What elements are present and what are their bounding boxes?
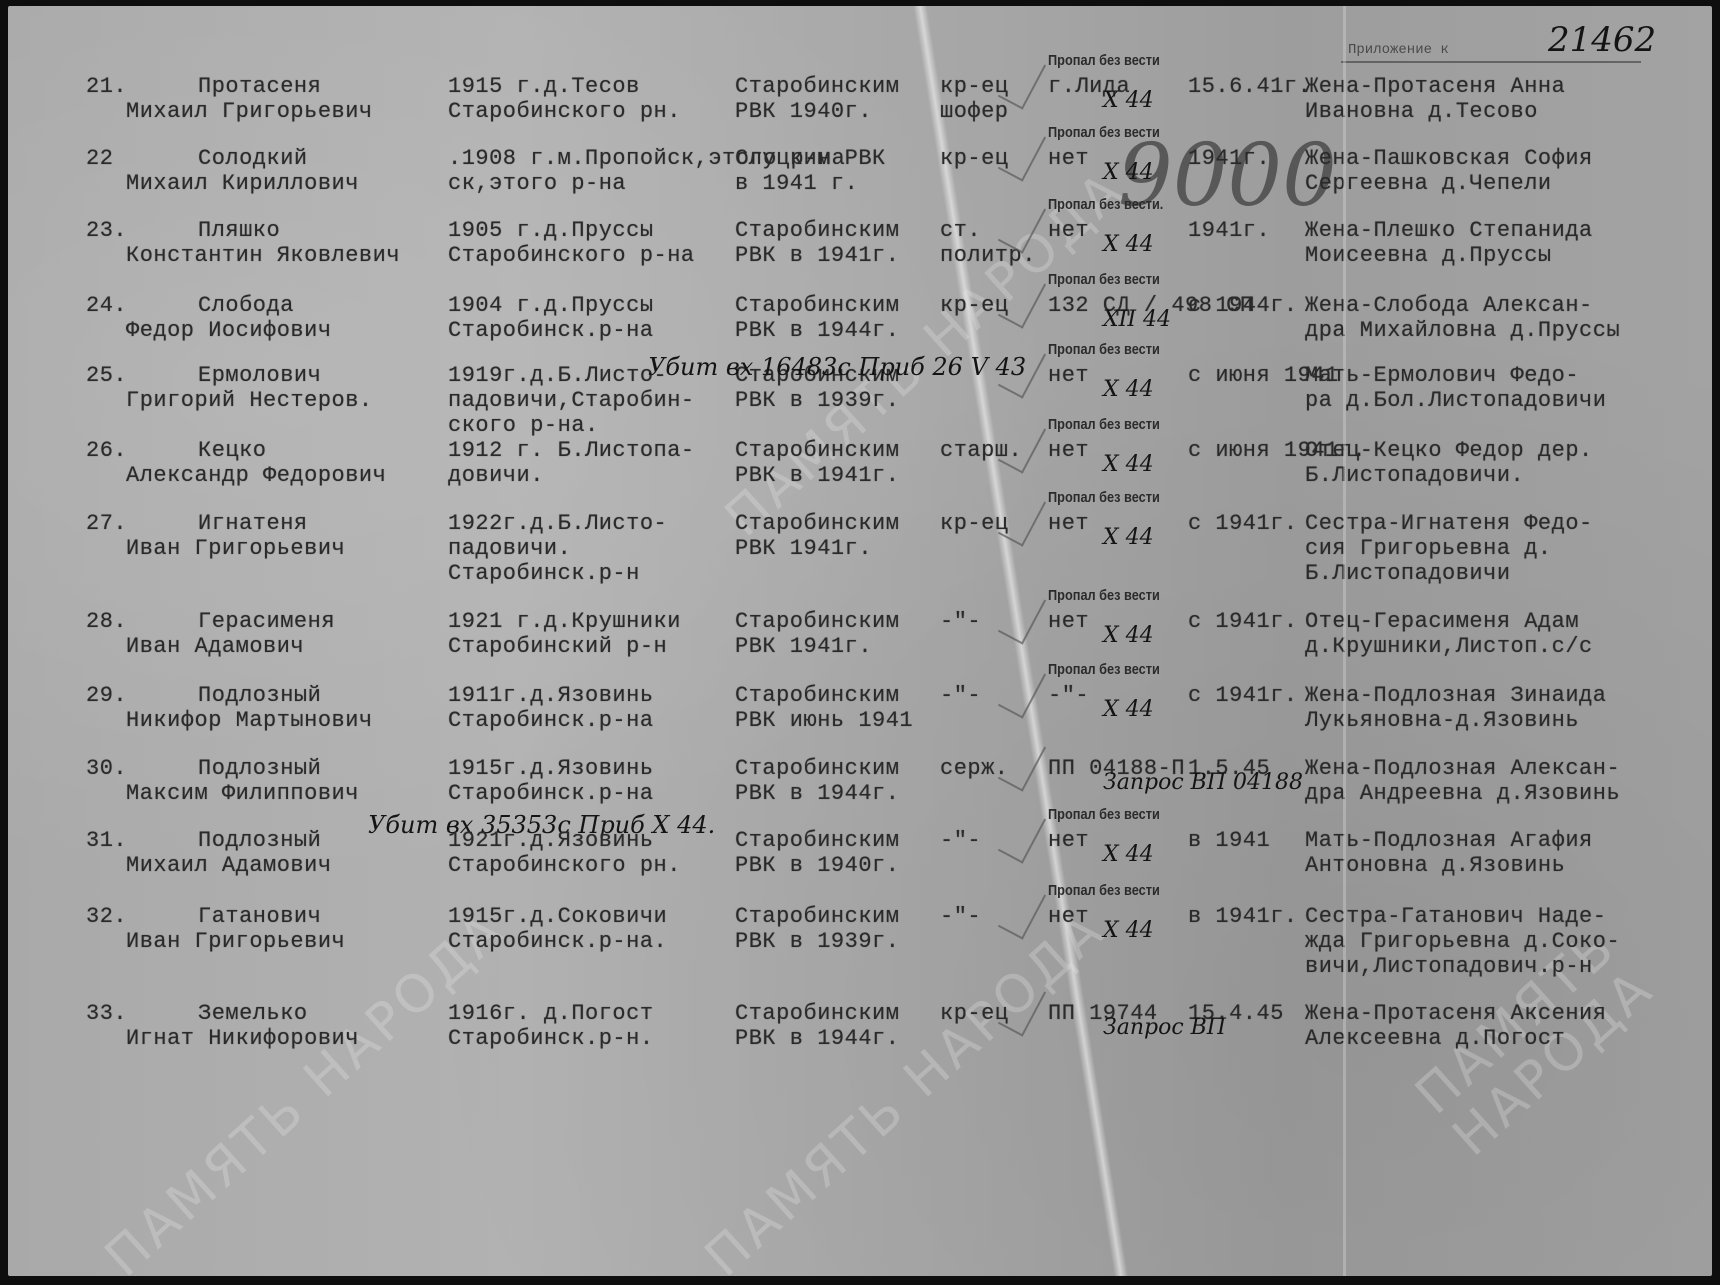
- entry-next-of-kin: Ивановна д.Тесово: [1305, 99, 1538, 124]
- entry-surname: Подлозный: [198, 683, 321, 708]
- entry-given-name: Иван Григорьевич: [126, 536, 345, 561]
- status-stamp: Пропал без вести: [1048, 661, 1160, 678]
- entry-birth-info: ск,этого р-на: [448, 171, 626, 196]
- entry-next-of-kin: дра Михайловна д.Пруссы: [1305, 318, 1620, 343]
- checkmark-icon: [998, 587, 1046, 644]
- entry-unit: нет: [1048, 828, 1089, 853]
- status-stamp: Пропал без вести: [1048, 489, 1160, 506]
- entry-rank: шофер: [940, 99, 1009, 124]
- entry-draft-office: РВК в 1944г.: [735, 318, 899, 343]
- checkmark-icon: [998, 734, 1046, 791]
- handwritten-mark: X 44: [1103, 88, 1154, 113]
- entry-rank: -"-: [940, 904, 981, 929]
- entry-surname: Герасименя: [198, 609, 335, 634]
- checkmark-icon: [998, 661, 1046, 718]
- checkmark-icon: [998, 979, 1046, 1036]
- entry-birth-info: 1921г.д.Язовинь: [448, 828, 654, 853]
- handwritten-mark: X 44: [1103, 697, 1154, 722]
- entry-draft-office: РВК в 1944г.: [735, 781, 899, 806]
- entry-birth-info: 1912 г. Б.Листопа-: [448, 438, 695, 463]
- entry-next-of-kin: Мать-Подлозная Агафия: [1305, 828, 1593, 853]
- entry-unit: -"-: [1048, 683, 1089, 708]
- handwritten-mark: X 44: [1103, 160, 1154, 185]
- entry-number: 28.: [86, 609, 127, 634]
- entry-surname: Протасеня: [198, 74, 321, 99]
- entry-rank: -"-: [940, 609, 981, 634]
- handwritten-mark: Запрос ВП: [1103, 1015, 1226, 1040]
- archival-document-page: ПАМЯТЬ НАРОДА ПАМЯТЬ НАРОДА ПАМЯТЬ НАРОД…: [8, 6, 1712, 1276]
- entry-draft-office: РВК 1941г.: [735, 634, 872, 659]
- entry-number: 24.: [86, 293, 127, 318]
- entry-unit: нет: [1048, 218, 1089, 243]
- entry-birth-info: падовичи.: [448, 536, 571, 561]
- entry-number: 22: [86, 146, 113, 171]
- entry-draft-office: Старобинским: [735, 293, 899, 318]
- entry-draft-office: Старобинским: [735, 74, 899, 99]
- entry-date: с 1941г.: [1188, 511, 1298, 536]
- entry-rank: -"-: [940, 828, 981, 853]
- handwritten-mark: X 44: [1103, 452, 1154, 477]
- status-stamp: Пропал без вести: [1048, 416, 1160, 433]
- entry-surname: Ермолович: [198, 363, 321, 388]
- entry-birth-info: Старобинск.р-н: [448, 561, 640, 586]
- entry-given-name: Константин Яковлевич: [126, 243, 400, 268]
- entry-next-of-kin: Жена-Плешко Степанида: [1305, 218, 1593, 243]
- entry-draft-office: РВК в 1941г.: [735, 243, 899, 268]
- status-stamp: Пропал без вести: [1048, 271, 1160, 288]
- entry-number: 32.: [86, 904, 127, 929]
- checkmark-icon: [998, 416, 1046, 473]
- entry-draft-office: РВК в 1939г.: [735, 388, 899, 413]
- entry-next-of-kin: Антоновна д.Язовинь: [1305, 853, 1565, 878]
- entry-next-of-kin: д.Крушники,Листоп.с/с: [1305, 634, 1593, 659]
- entry-number: 26.: [86, 438, 127, 463]
- entry-draft-office: РВК в 1940г.: [735, 853, 899, 878]
- entry-birth-info: Старобинск.р-на: [448, 708, 654, 733]
- header-label: Приложение к: [1348, 42, 1449, 58]
- watermark: ПАМЯТЬ НАРОДА: [695, 901, 1115, 1285]
- handwritten-mark: XII 44: [1103, 307, 1171, 332]
- entry-next-of-kin: Б.Листопадовичи.: [1305, 463, 1524, 488]
- entry-draft-office: в 1941 г.: [735, 171, 858, 196]
- entry-given-name: Михаил Григорьевич: [126, 99, 373, 124]
- entry-birth-info: Старобинского р-на: [448, 243, 695, 268]
- entry-next-of-kin: сия Григорьевна д.: [1305, 536, 1552, 561]
- entry-next-of-kin: Сергеевна д.Чепели: [1305, 171, 1552, 196]
- status-stamp: Пропал без вести: [1048, 52, 1160, 69]
- status-stamp: Пропал без вести: [1048, 341, 1160, 358]
- entry-birth-info: 1921 г.д.Крушники: [448, 609, 681, 634]
- entry-surname: Земелько: [198, 1001, 308, 1026]
- entry-birth-info: Старобинск.р-на.: [448, 929, 667, 954]
- entry-surname: Подлозный: [198, 756, 321, 781]
- entry-given-name: Григорий Нестеров.: [126, 388, 373, 413]
- entry-unit: нет: [1048, 438, 1089, 463]
- entry-birth-info: 1915г.д.Соковичи: [448, 904, 667, 929]
- entry-given-name: Максим Филиппович: [126, 781, 359, 806]
- entry-draft-office: Старобинским: [735, 609, 899, 634]
- entry-draft-office: РВК в 1941г.: [735, 463, 899, 488]
- entry-next-of-kin: Отец-Герасименя Адам: [1305, 609, 1579, 634]
- status-stamp: Пропал без вести: [1048, 882, 1160, 899]
- margin-note: Убит вх 16483с Приб 26 V 43: [648, 353, 1026, 381]
- entry-surname: Солодкий: [198, 146, 308, 171]
- checkmark-icon: [998, 489, 1046, 546]
- entry-date: с 1941г.: [1188, 683, 1298, 708]
- entry-number: 29.: [86, 683, 127, 708]
- handwritten-mark: X 44: [1103, 918, 1154, 943]
- entry-next-of-kin: Жена-Слобода Алексан-: [1305, 293, 1593, 318]
- entry-given-name: Александр Федорович: [126, 463, 386, 488]
- entry-date: с 1944г.: [1188, 293, 1298, 318]
- status-stamp: Пропал без вести: [1048, 587, 1160, 604]
- entry-surname: Подлозный: [198, 828, 321, 853]
- checkmark-icon: [998, 124, 1046, 181]
- entry-next-of-kin: Б.Листопадовичи: [1305, 561, 1511, 586]
- entry-number: 23.: [86, 218, 127, 243]
- entry-next-of-kin: Сестра-Игнатеня Федо-: [1305, 511, 1593, 536]
- entry-number: 30.: [86, 756, 127, 781]
- watermark: ПАМЯТЬ НАРОДА: [95, 901, 515, 1285]
- entry-unit: нет: [1048, 609, 1089, 634]
- entry-unit: нет: [1048, 363, 1089, 388]
- entry-unit: нет: [1048, 146, 1089, 171]
- entry-birth-info: Старобинского рн.: [448, 99, 681, 124]
- entry-date: 1941г.: [1188, 146, 1270, 171]
- entry-birth-info: Старобинск.р-н.: [448, 1026, 654, 1051]
- entry-next-of-kin: Жена-Протасеня Аксения: [1305, 1001, 1606, 1026]
- entry-next-of-kin: Отец-Кецко Федор дер.: [1305, 438, 1593, 463]
- entry-draft-office: Старобинским: [735, 756, 899, 781]
- entry-draft-office: Старобинским: [735, 683, 899, 708]
- entry-given-name: Никифор Мартынович: [126, 708, 373, 733]
- archive-number: 21462: [1548, 20, 1656, 60]
- entry-next-of-kin: Мать-Ермолович Федо-: [1305, 363, 1579, 388]
- entry-next-of-kin: дра Андреевна д.Язовинь: [1305, 781, 1620, 806]
- header-rule: [1341, 61, 1641, 63]
- entry-draft-office: Старобинским: [735, 1001, 899, 1026]
- entry-given-name: Михаил Адамович: [126, 853, 332, 878]
- entry-draft-office: РВК 1941г.: [735, 536, 872, 561]
- entry-draft-office: Слуцким РВК: [735, 146, 886, 171]
- entry-birth-info: Старобинского рн.: [448, 853, 681, 878]
- handwritten-mark: X 44: [1103, 232, 1154, 257]
- entry-draft-office: Старобинским: [735, 438, 899, 463]
- entry-next-of-kin: Моисеевна д.Пруссы: [1305, 243, 1552, 268]
- handwritten-mark: X 44: [1103, 525, 1154, 550]
- entry-next-of-kin: жда Григорьевна д.Соко-: [1305, 929, 1620, 954]
- entry-birth-info: ского р-на.: [448, 413, 599, 438]
- entry-birth-info: 1915 г.д.Тесов: [448, 74, 640, 99]
- entry-next-of-kin: Алексеевна д.Погост: [1305, 1026, 1565, 1051]
- entry-draft-office: РВК 1940г.: [735, 99, 872, 124]
- handwritten-mark: Запрос ВП 04188: [1103, 770, 1303, 795]
- entry-draft-office: Старобинским: [735, 828, 899, 853]
- handwritten-mark: X 44: [1103, 377, 1154, 402]
- entry-next-of-kin: ра д.Бол.Листопадовичи: [1305, 388, 1606, 413]
- entry-birth-info: довичи.: [448, 463, 544, 488]
- entry-given-name: Иван Адамович: [126, 634, 304, 659]
- entry-unit: нет: [1048, 511, 1089, 536]
- entry-date: в 1941г.: [1188, 904, 1298, 929]
- entry-birth-info: 1911г.д.Язовинь: [448, 683, 654, 708]
- entry-birth-info: Старобинский р-н: [448, 634, 667, 659]
- entry-next-of-kin: Жена-Протасеня Анна: [1305, 74, 1565, 99]
- checkmark-icon: [998, 882, 1046, 939]
- entry-draft-office: Старобинским: [735, 904, 899, 929]
- entry-date: 15.6.41г.: [1188, 74, 1311, 99]
- entry-surname: Слобода: [198, 293, 294, 318]
- entry-number: 21.: [86, 74, 127, 99]
- entry-next-of-kin: Сестра-Гатанович Наде-: [1305, 904, 1606, 929]
- entry-birth-info: Старобинск.р-на: [448, 318, 654, 343]
- entry-birth-info: 1922г.д.Б.Листо-: [448, 511, 667, 536]
- entry-draft-office: Старобинским: [735, 511, 899, 536]
- checkmark-icon: [998, 341, 1046, 398]
- entry-given-name: Иван Григорьевич: [126, 929, 345, 954]
- entry-surname: Гатанович: [198, 904, 321, 929]
- handwritten-mark: X 44: [1103, 842, 1154, 867]
- entry-next-of-kin: Жена-Подлозная Алексан-: [1305, 756, 1620, 781]
- entry-rank: -"-: [940, 683, 981, 708]
- entry-draft-office: Старобинским: [735, 218, 899, 243]
- entry-surname: Игнатеня: [198, 511, 308, 536]
- entry-surname: Пляшко: [198, 218, 280, 243]
- entry-number: 27.: [86, 511, 127, 536]
- entry-next-of-kin: Лукьяновна-д.Язовинь: [1305, 708, 1579, 733]
- entry-number: 25.: [86, 363, 127, 388]
- entry-next-of-kin: Жена-Пашковская София: [1305, 146, 1593, 171]
- entry-given-name: Игнат Никифорович: [126, 1026, 359, 1051]
- entry-rank: ст.: [940, 218, 981, 243]
- entry-birth-info: падовичи,Старобин-: [448, 388, 695, 413]
- entry-number: 31.: [86, 828, 127, 853]
- entry-number: 33.: [86, 1001, 127, 1026]
- entry-date: 1941г.: [1188, 218, 1270, 243]
- entry-birth-info: 1915г.д.Язовинь: [448, 756, 654, 781]
- entry-draft-office: РВК в 1944г.: [735, 1026, 899, 1051]
- status-stamp: Пропал без вести.: [1048, 196, 1163, 213]
- entry-unit: нет: [1048, 904, 1089, 929]
- entry-birth-info: 1904 г.д.Пруссы: [448, 293, 654, 318]
- entry-given-name: Михаил Кириллович: [126, 171, 359, 196]
- entry-next-of-kin: Жена-Подлозная Зинаида: [1305, 683, 1606, 708]
- entry-date: с 1941г.: [1188, 609, 1298, 634]
- entry-draft-office: РВК в 1939г.: [735, 929, 899, 954]
- entry-birth-info: 1905 г.д.Пруссы: [448, 218, 654, 243]
- entry-given-name: Федор Иосифович: [126, 318, 332, 343]
- entry-birth-info: 1916г. д.Погост: [448, 1001, 654, 1026]
- entry-birth-info: Старобинск.р-на: [448, 781, 654, 806]
- handwritten-mark: X 44: [1103, 623, 1154, 648]
- entry-date: в 1941: [1188, 828, 1270, 853]
- entry-draft-office: РВК июнь 1941: [735, 708, 913, 733]
- checkmark-icon: [998, 806, 1046, 863]
- entry-next-of-kin: вичи,Листопадович.р-н: [1305, 954, 1593, 979]
- entry-surname: Кецко: [198, 438, 267, 463]
- status-stamp: Пропал без вести: [1048, 806, 1160, 823]
- entry-birth-info: 1919г.д.Б.Листо-: [448, 363, 667, 388]
- checkmark-icon: [998, 271, 1046, 328]
- status-stamp: Пропал без вести: [1048, 124, 1160, 141]
